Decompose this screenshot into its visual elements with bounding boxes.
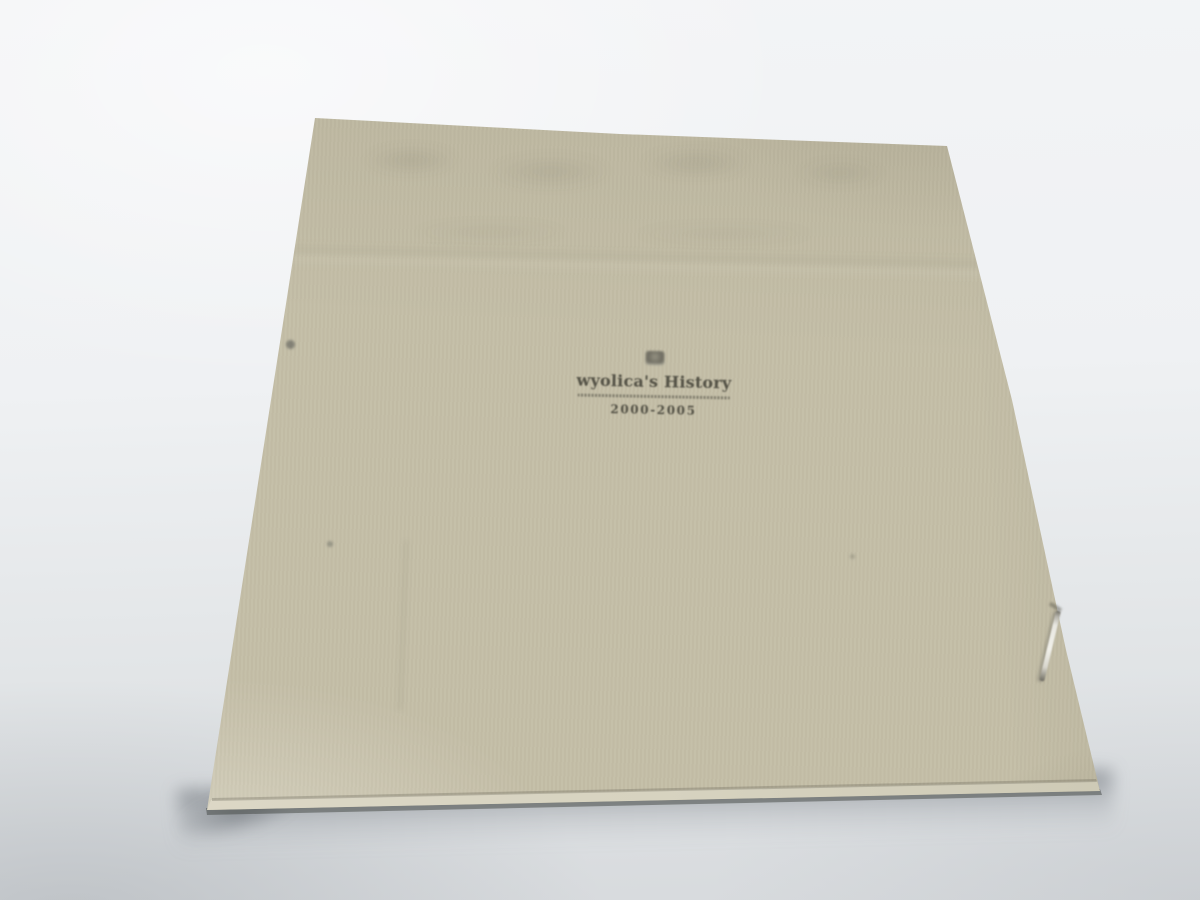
cover-print-block: wyolica's History 2000-2005 [571, 349, 736, 417]
booklet-back-cover: wyolica's History 2000-2005 [0, 0, 1200, 900]
print-showthrough [330, 130, 910, 202]
photo-scene: wyolica's History 2000-2005 [0, 0, 1200, 900]
paper-speck [327, 541, 333, 547]
paper-speck [850, 554, 855, 559]
booklet-title: wyolica's History [572, 372, 736, 391]
subtitle-microtext [578, 394, 730, 400]
paper-speck [286, 340, 295, 349]
publisher-emblem-icon [645, 351, 664, 365]
